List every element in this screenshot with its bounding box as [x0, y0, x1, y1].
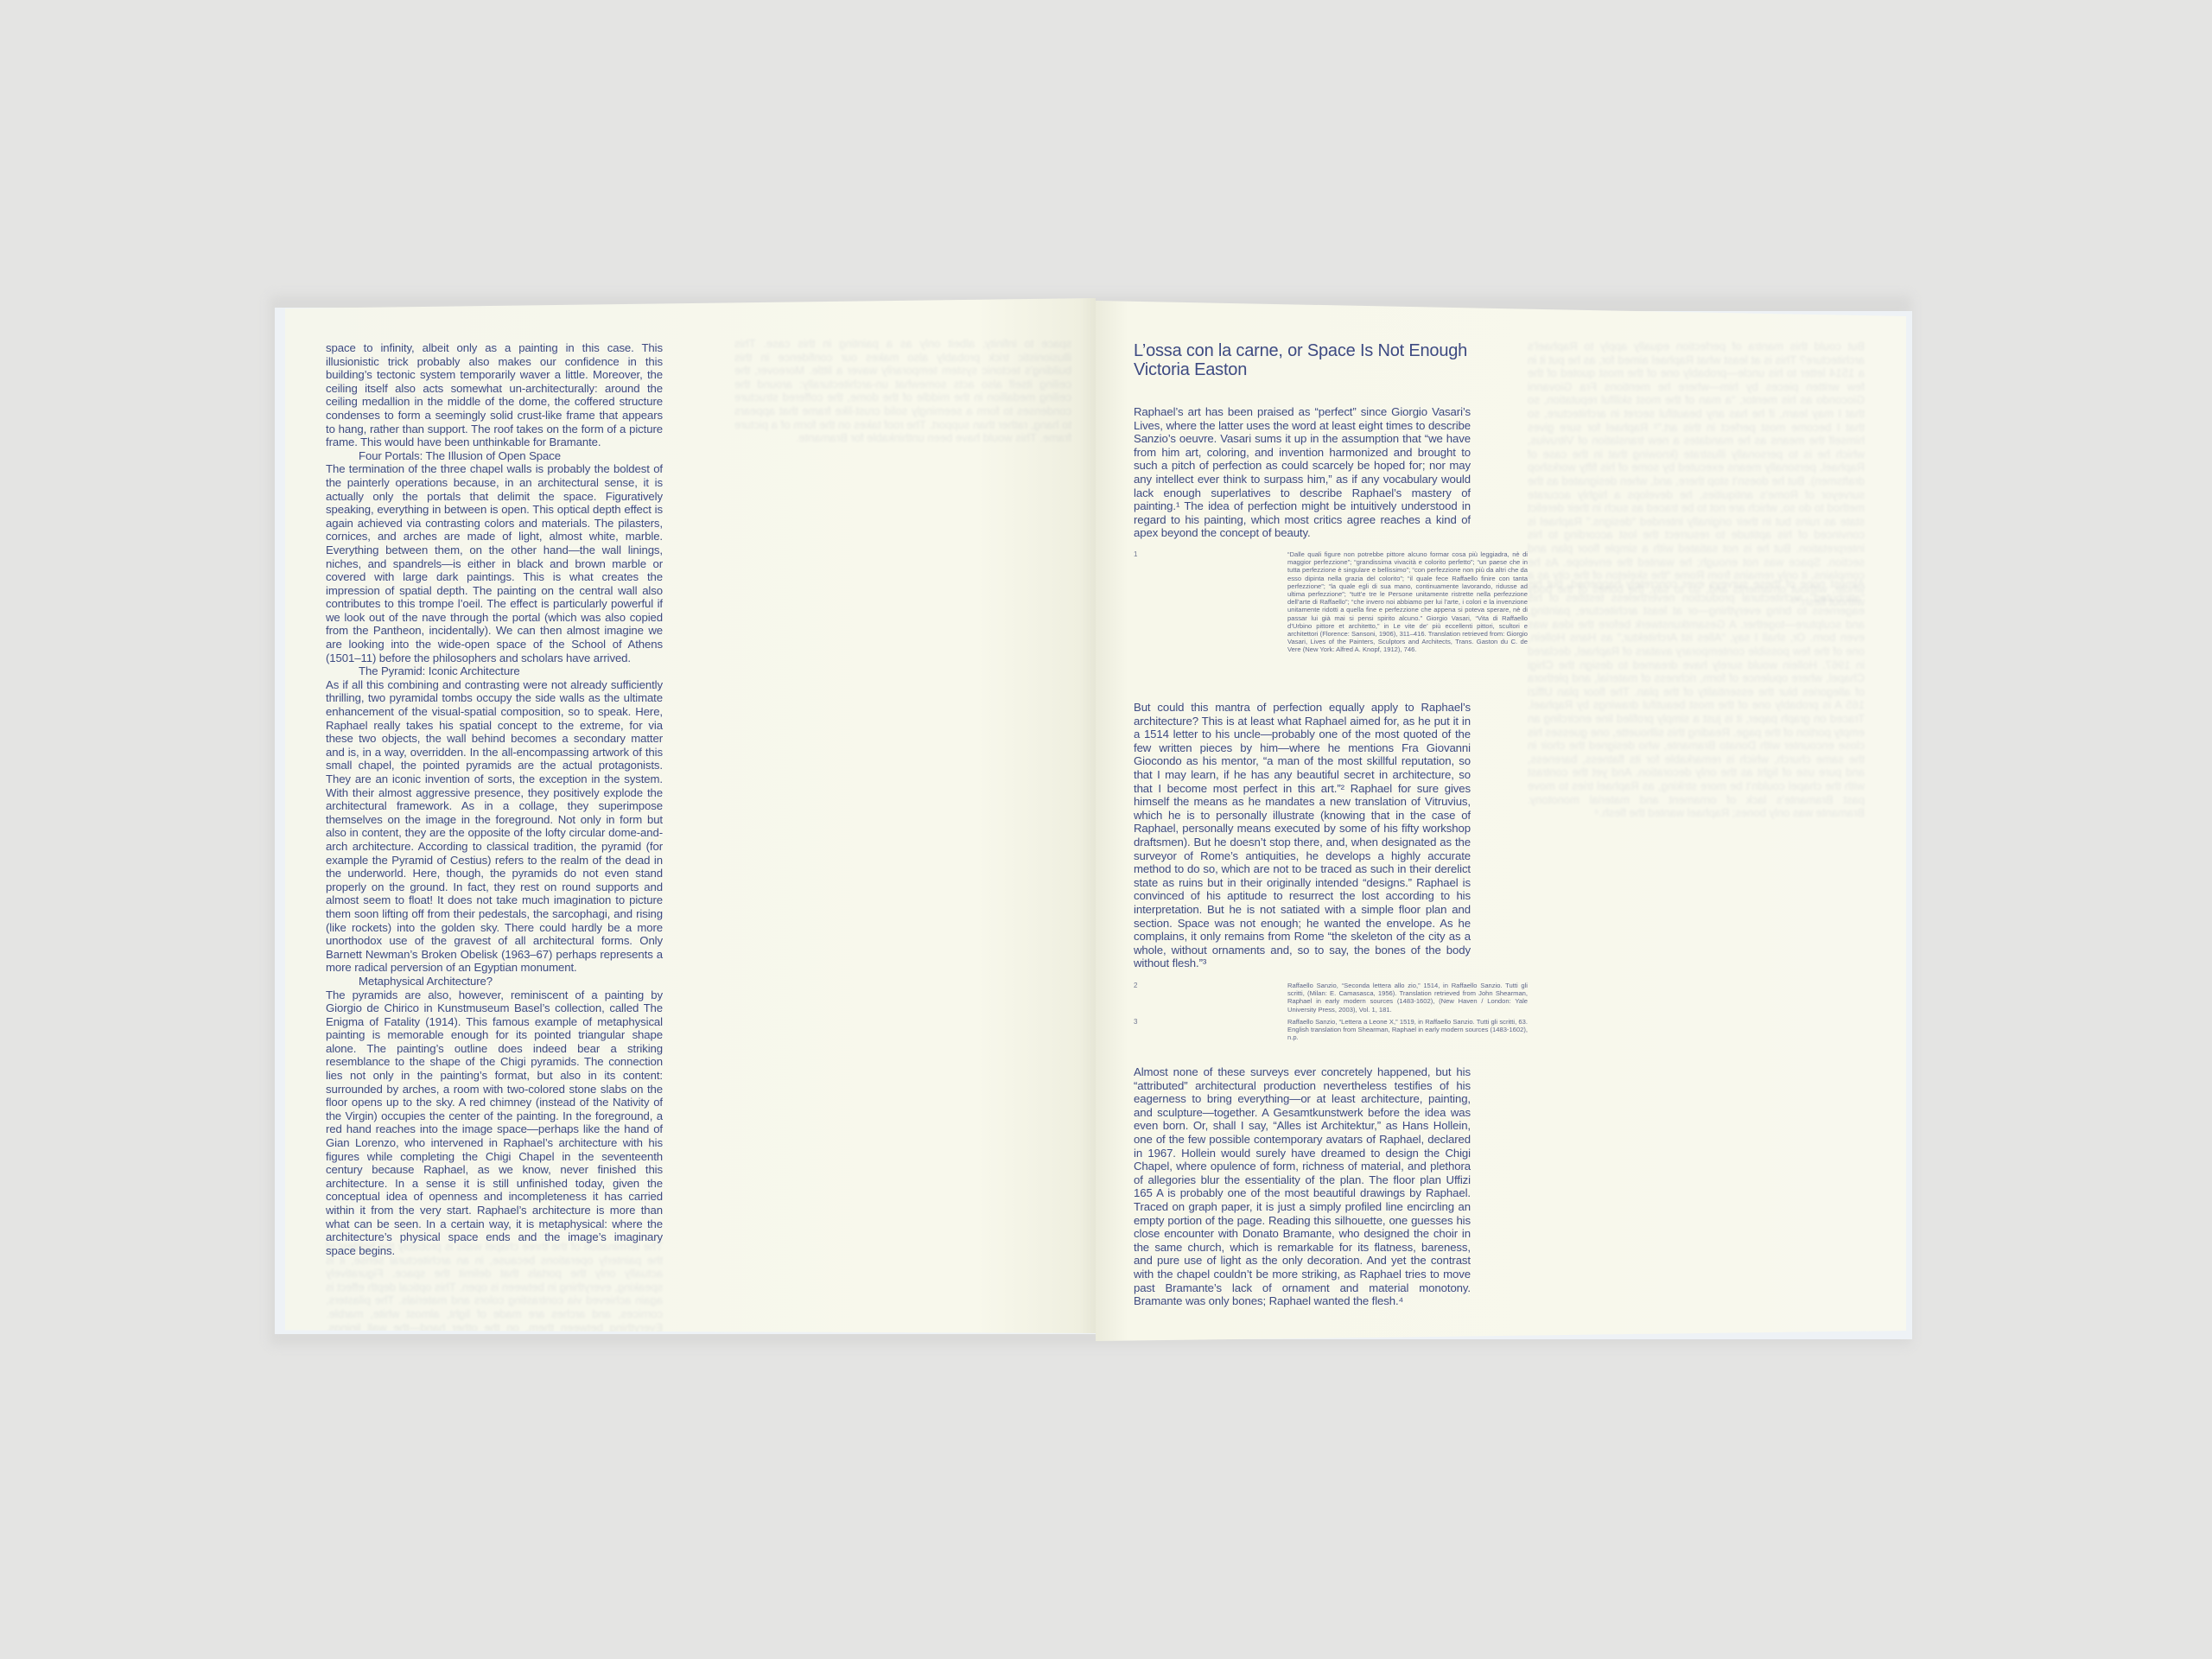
- subheading: The Pyramid: Iconic Architecture: [326, 664, 663, 678]
- body-paragraph: As if all this combining and contrasting…: [326, 678, 663, 975]
- footnote-text: Raffaello Sanzio, “Lettera a Leone X,” 1…: [1287, 1018, 1528, 1042]
- left-text-column: space to infinity, albeit only as a pain…: [326, 341, 663, 1257]
- body-paragraph-3: Almost none of these surveys ever concre…: [1134, 1065, 1471, 1308]
- subheading: Metaphysical Architecture?: [326, 975, 663, 988]
- author-name: Victoria Easton: [1134, 360, 1497, 379]
- right-page: L’ossa con la carne, or Space Is Not Eno…: [1096, 301, 1906, 1341]
- show-through-text: The termination of the three chapel wall…: [326, 1240, 663, 1318]
- subheading: Four Portals: The Illusion of Open Space: [326, 449, 663, 463]
- footnote-text: “Dalle quali figure non potrebbe pittore…: [1287, 550, 1528, 654]
- body-paragraph-2: But could this mantra of perfection equa…: [1134, 701, 1471, 970]
- body-paragraph: space to infinity, albeit only as a pain…: [326, 341, 663, 449]
- footnote-number: 2: [1134, 982, 1137, 989]
- title-text: L’ossa con la carne, or Space Is Not Eno…: [1134, 341, 1497, 360]
- show-through-text: But could this mantra of perfection equa…: [1528, 340, 1865, 495]
- article-title: L’ossa con la carne, or Space Is Not Eno…: [1134, 341, 1497, 379]
- footnote-number: 1: [1134, 550, 1137, 558]
- footnote-text: Raffaello Sanzio, “Seconda lettera allo …: [1287, 982, 1528, 1014]
- show-through-text: Almost none of these surveys ever concre…: [1528, 577, 1865, 724]
- body-paragraph: The pyramids are also, however, reminisc…: [326, 988, 663, 1258]
- intro-paragraph: Raphael’s art has been praised as “perfe…: [1134, 405, 1471, 540]
- footnote-number: 3: [1134, 1018, 1137, 1026]
- show-through-text: space to infinity, albeit only as a pain…: [734, 337, 1071, 475]
- body-paragraph: The termination of the three chapel wall…: [326, 462, 663, 664]
- left-page: space to infinity, albeit only as a pain…: [285, 298, 1096, 1333]
